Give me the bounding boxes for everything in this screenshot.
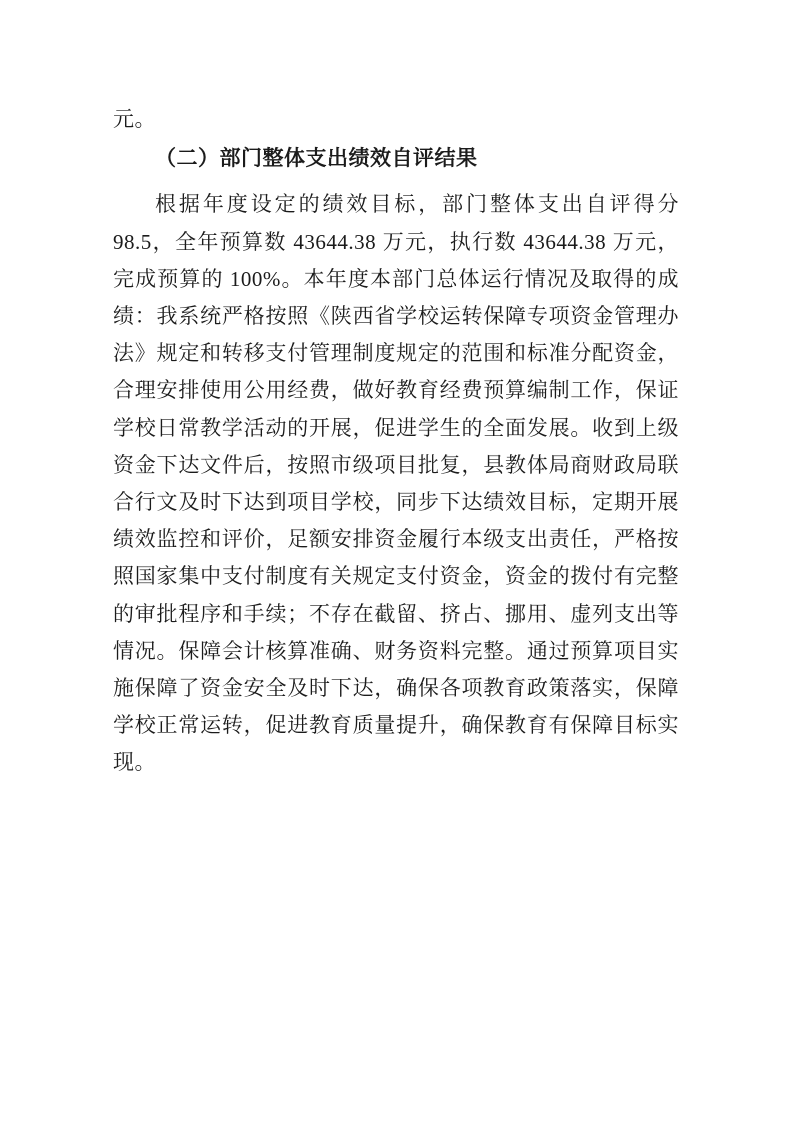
body-line-last: 现。: [113, 744, 679, 781]
body-paragraph: 根据年度设定的绩效目标，部门整体支出自评得分 98.5，全年预算数 43644.…: [113, 186, 679, 781]
document-page: 元。 （二）部门整体支出绩效自评结果 根据年度设定的绩效目标，部门整体支出自评得…: [0, 0, 793, 1122]
body-line: 资金下达文件后，按照市级项目批复，县教体局商财政局联: [113, 447, 679, 484]
body-line: 照国家集中支付制度有关规定支付资金，资金的拨付有完整: [113, 558, 679, 595]
body-line: 法》规定和转移支付管理制度规定的范围和标准分配资金，: [113, 335, 679, 372]
body-line: 完成预算的 100%。本年度本部门总体运行情况及取得的成: [113, 261, 679, 298]
body-line: 学校日常教学活动的开展，促进学生的全面发展。收到上级: [113, 410, 679, 447]
body-line: 的审批程序和手续；不存在截留、挤占、挪用、虚列支出等: [113, 596, 679, 633]
body-line: 施保障了资金安全及时下达，确保各项教育政策落实，保障: [113, 670, 679, 707]
body-line: 98.5，全年预算数 43644.38 万元，执行数 43644.38 万元，: [113, 224, 679, 261]
section-heading: （二）部门整体支出绩效自评结果: [113, 140, 679, 177]
body-line: 绩效监控和评价，足额安排资金履行本级支出责任，严格按: [113, 521, 679, 558]
body-line: 情况。保障会计核算准确、财务资料完整。通过预算项目实: [113, 633, 679, 670]
body-line: 合理安排使用公用经费，做好教育经费预算编制工作，保证: [113, 372, 679, 409]
text-block: 元。 （二）部门整体支出绩效自评结果 根据年度设定的绩效目标，部门整体支出自评得…: [113, 101, 679, 782]
body-line: 绩：我系统严格按照《陕西省学校运转保障专项资金管理办: [113, 298, 679, 335]
body-line: 合行文及时下达到项目学校，同步下达绩效目标，定期开展: [113, 484, 679, 521]
paragraph-continuation-line: 元。: [113, 101, 679, 138]
body-line: 根据年度设定的绩效目标，部门整体支出自评得分: [113, 186, 679, 223]
body-line: 学校正常运转，促进教育质量提升，确保教育有保障目标实: [113, 707, 679, 744]
